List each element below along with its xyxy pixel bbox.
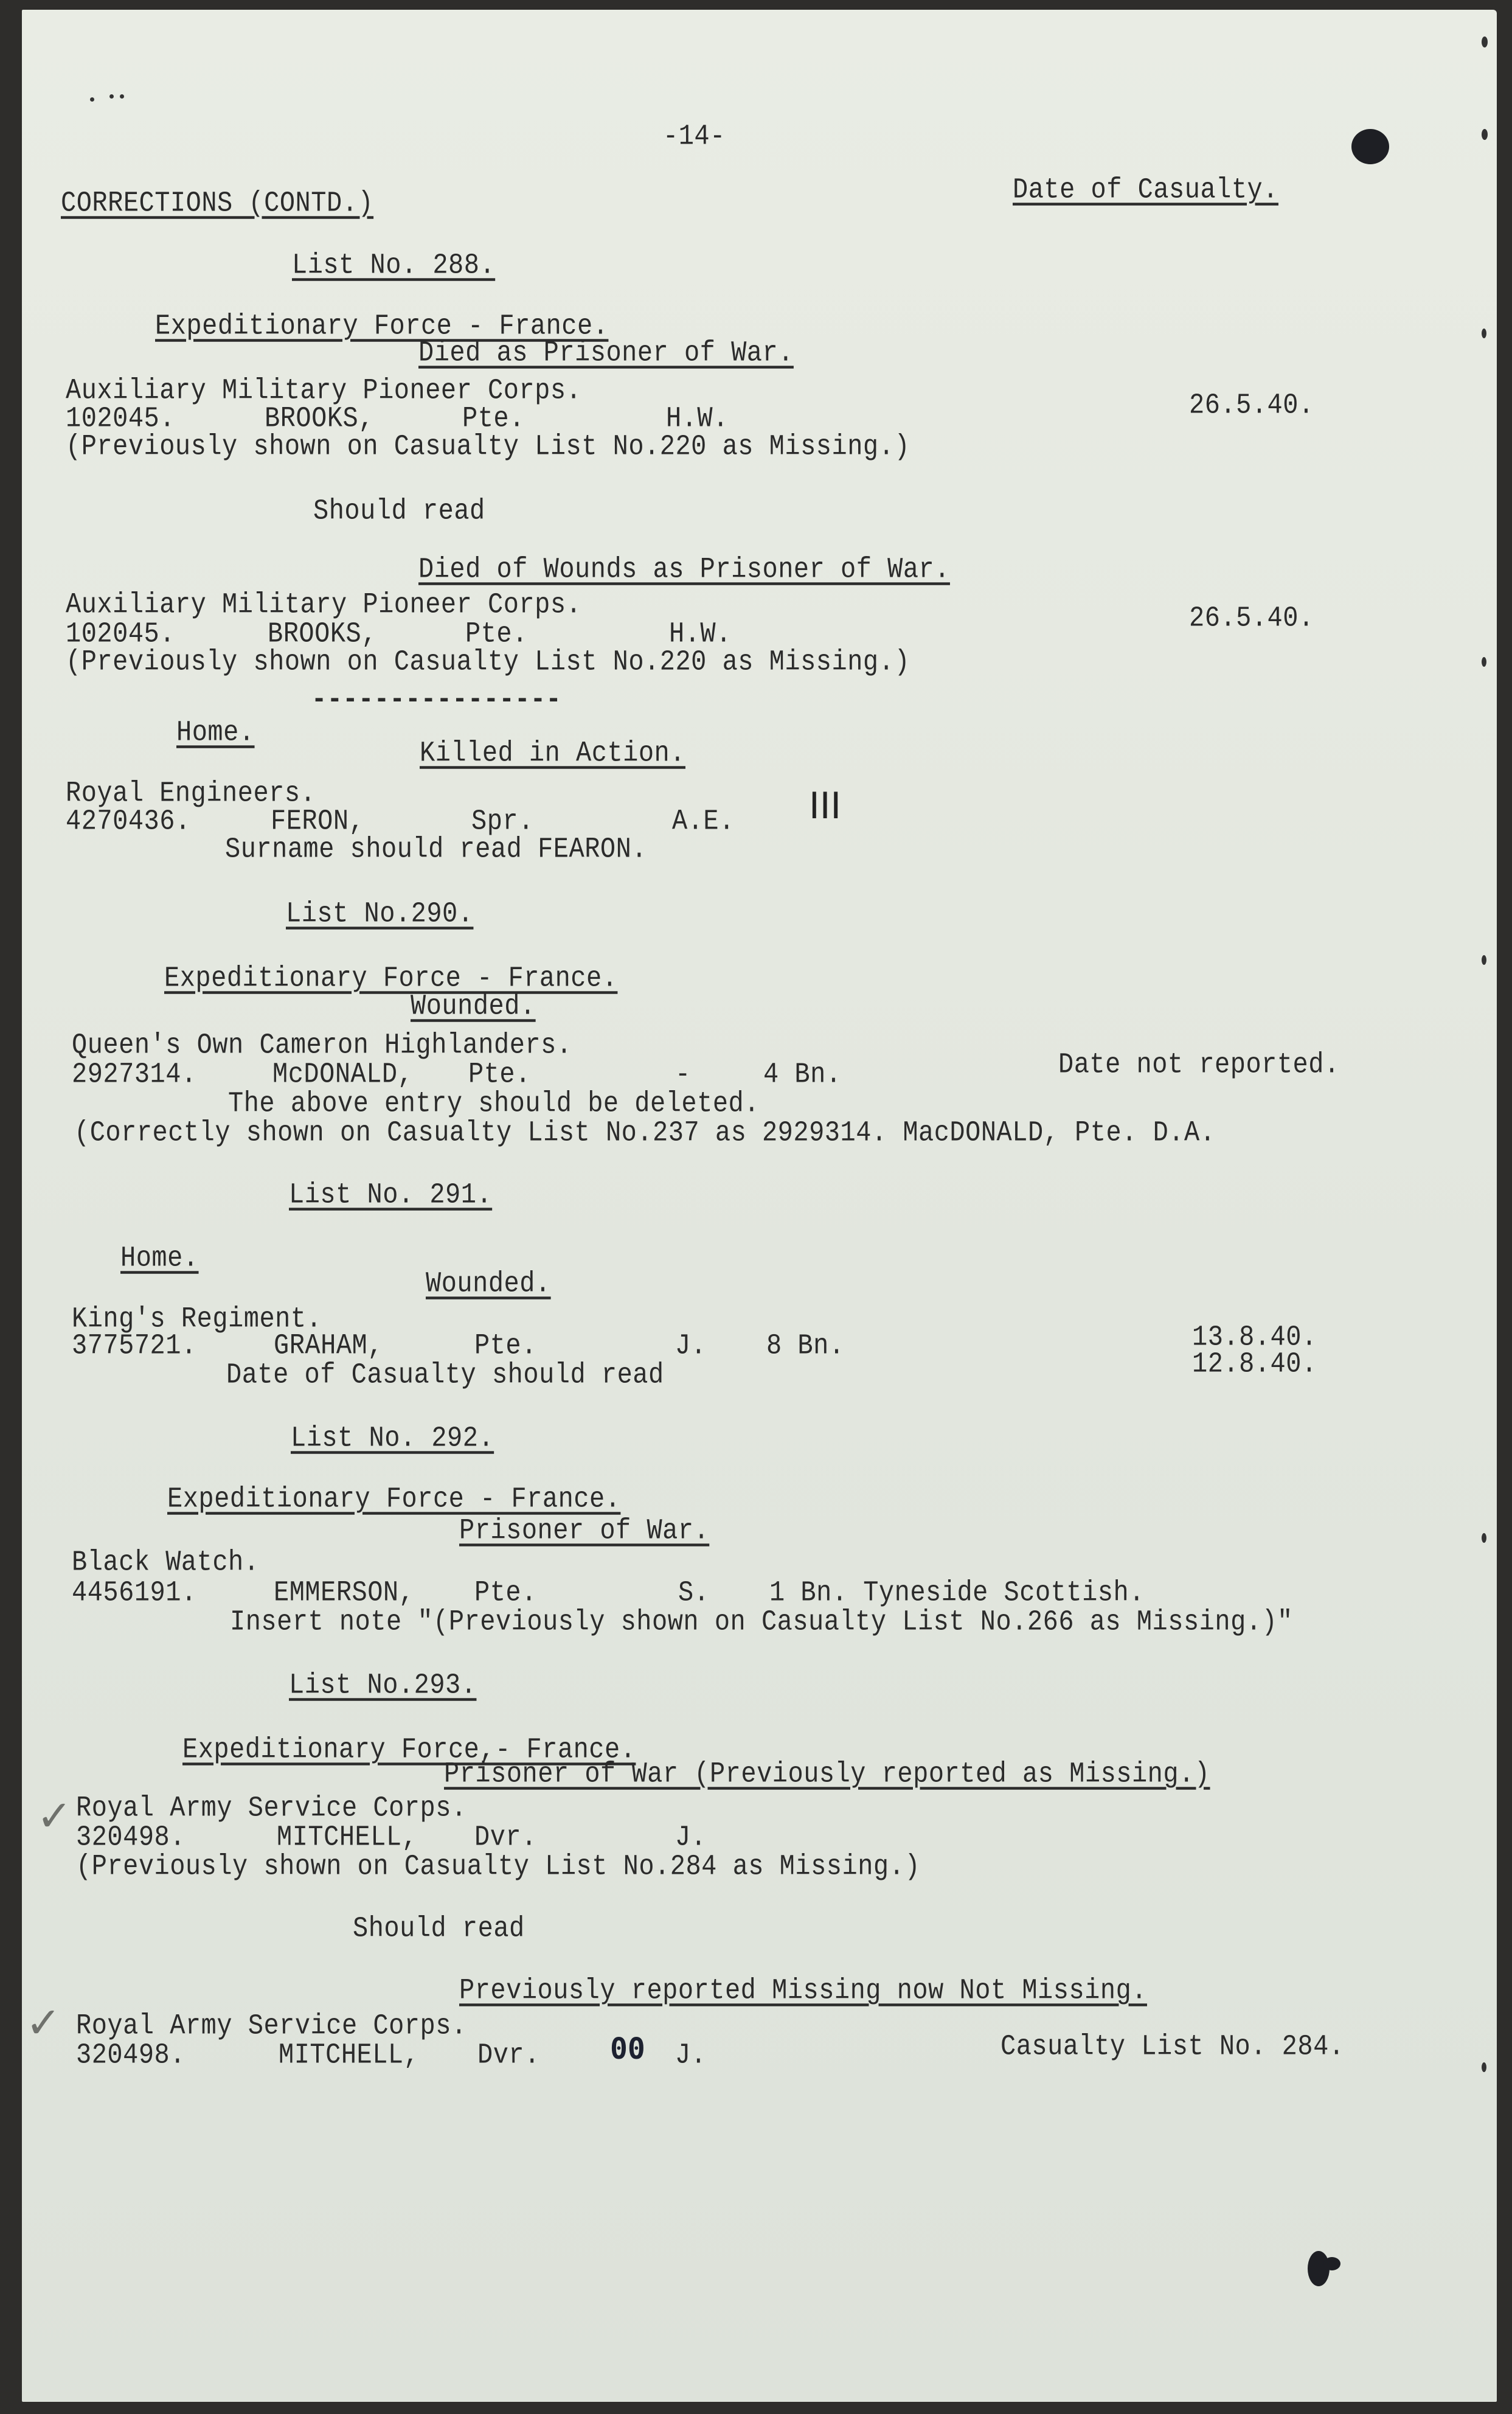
section-title: CORRECTIONS (CONTD.) xyxy=(61,186,373,220)
ink-speck xyxy=(90,97,94,102)
ink-speck xyxy=(1482,329,1486,338)
previous-note: (Previously shown on Casualty List No.22… xyxy=(66,645,910,679)
list-292-label: List No. 292. xyxy=(291,1421,494,1455)
should-read-label: Should read xyxy=(353,1911,525,1946)
initials: A.E. xyxy=(672,804,735,838)
casualty-date: Date not reported. xyxy=(1058,1048,1340,1082)
list-291-label: List No. 291. xyxy=(289,1178,492,1212)
service-number: 4270436. xyxy=(66,804,191,838)
check-mark-icon: ✓ xyxy=(26,2002,61,2044)
service-number: 320498. xyxy=(76,2038,186,2072)
ink-speck xyxy=(1482,657,1486,667)
status-heading: Died as Prisoner of War. xyxy=(418,336,794,370)
status-heading: Wounded. xyxy=(426,1267,551,1301)
battalion: 8 Bn. xyxy=(766,1329,845,1363)
status-heading: Wounded. xyxy=(411,989,536,1023)
correct-listing-note: (Correctly shown on Casualty List No.237… xyxy=(74,1116,1215,1150)
separator-line: ---------------- xyxy=(311,683,561,717)
status-heading: Prisoner of War. xyxy=(459,1514,709,1548)
unit-name: Black Watch. xyxy=(72,1545,259,1579)
ink-speck xyxy=(1482,955,1486,965)
status-heading: Previously reported Missing now Not Miss… xyxy=(459,1974,1147,2008)
service-number: 3775721. xyxy=(72,1329,197,1363)
corrected-date: 12.8.40. xyxy=(1192,1347,1317,1381)
list-290-label: List No.290. xyxy=(286,897,473,931)
stamped-number: 00 xyxy=(610,2032,645,2066)
ink-speck xyxy=(1482,2062,1486,2072)
area-heading: Expeditionary Force - France. xyxy=(164,961,617,995)
ink-speck xyxy=(1482,129,1488,140)
list-288-label: List No. 288. xyxy=(292,248,495,282)
area-heading-home: Home. xyxy=(120,1241,199,1275)
page-number: -14- xyxy=(663,119,726,153)
area-heading-home: Home. xyxy=(176,715,255,750)
should-read-label: Should read xyxy=(313,494,485,528)
rank: Dvr. xyxy=(477,2038,540,2072)
service-number: 2927314. xyxy=(72,1057,197,1091)
handwritten-tally-mark: III xyxy=(809,785,841,827)
ink-speck xyxy=(1482,37,1488,47)
ink-speck xyxy=(1482,1533,1486,1543)
check-mark-icon: ✓ xyxy=(36,1795,72,1837)
casualty-date: 26.5.40. xyxy=(1189,388,1314,422)
list-293-label: List No.293. xyxy=(289,1668,476,1702)
date-correction-note: Date of Casualty should read xyxy=(226,1358,664,1392)
punch-hole-top xyxy=(1351,129,1389,164)
battalion: 4 Bn. xyxy=(763,1057,842,1091)
previous-note: (Previously shown on Casualty List No.28… xyxy=(76,1849,920,1884)
service-number: 4456191. xyxy=(72,1576,197,1610)
previous-note: (Previously shown on Casualty List No.22… xyxy=(66,430,910,464)
surname: MITCHELL, xyxy=(279,2038,419,2072)
punch-hole-bottom-tail xyxy=(1323,2257,1340,2270)
ink-speck xyxy=(120,94,124,99)
area-heading: Expeditionary Force - France. xyxy=(167,1482,620,1516)
correction-note: Surname should read FEARON. xyxy=(225,832,647,866)
insert-note: Insert note "(Previously shown on Casual… xyxy=(230,1605,1293,1639)
ink-speck xyxy=(109,94,114,99)
casualty-date: 26.5.40. xyxy=(1189,601,1314,635)
status-heading: Prisoner of War (Previously reported as … xyxy=(444,1757,1210,1791)
date-column-heading: Date of Casualty. xyxy=(1013,173,1278,207)
casualty-list-reference: Casualty List No. 284. xyxy=(1000,2030,1345,2064)
initials: J. xyxy=(675,1329,706,1363)
initials: J. xyxy=(675,2038,706,2072)
status-heading: Killed in Action. xyxy=(420,736,685,770)
status-heading: Died of Wounds as Prisoner of War. xyxy=(418,552,950,586)
